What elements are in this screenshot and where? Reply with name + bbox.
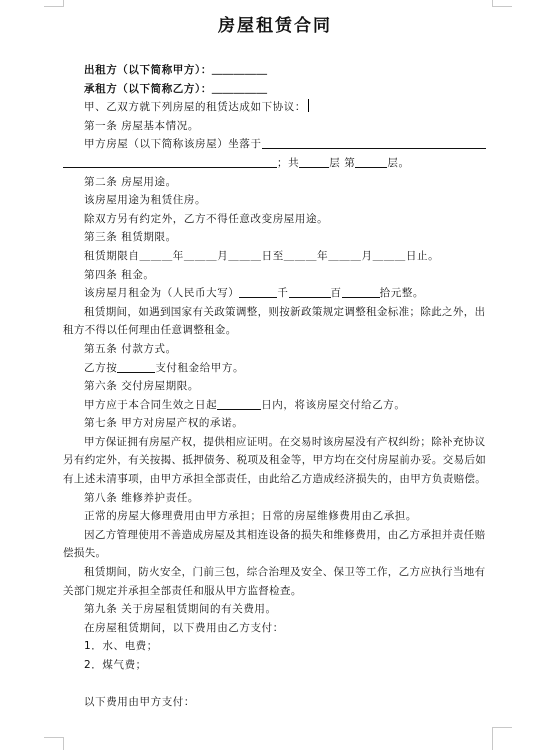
article2-heading: 第二条 房屋用途。 — [63, 173, 493, 192]
crop-mark-top-left — [44, 0, 64, 7]
rent-thousand-label: 千 — [277, 287, 288, 299]
location-blank-continued[interactable] — [63, 155, 277, 168]
article8-heading: 第八条 维修养护责任。 — [63, 489, 493, 508]
empty-line — [63, 675, 493, 694]
floors-end: 层。 — [387, 157, 409, 169]
delivery-prefix: 甲方应于本合同生效之日起 — [84, 399, 217, 411]
article5-heading: 第五条 付款方式。 — [63, 340, 493, 359]
delivery-days-blank[interactable] — [217, 397, 261, 410]
payment-line: 乙方按支付租金给甲方。 — [63, 359, 493, 378]
article2-line2: 除双方另有约定外，乙方不得任意改变房屋用途。 — [63, 210, 493, 229]
payment-suffix: 支付租金给甲方。 — [155, 362, 244, 374]
crop-mark-bottom-left — [44, 737, 64, 750]
floor-number-blank[interactable] — [355, 155, 387, 168]
article4-heading: 第四条 租金。 — [63, 266, 493, 285]
rent-thousand-blank[interactable] — [239, 285, 277, 298]
location-prefix: 甲方房屋（以下简称该房屋）坐落于 — [84, 138, 262, 150]
location-line: 甲方房屋（以下简称该房屋）坐落于 — [63, 135, 493, 154]
lessor-line: 出租方（以下简称甲方）：＿＿＿＿＿ — [63, 61, 493, 80]
lessor-pays-line: 以下费用由甲方支付： — [63, 693, 493, 712]
rent-adjust-paragraph: 租赁期间，如遇到国家有关政策调整，则按新政策规定调整租金标准；除此之外，出租方不… — [63, 303, 493, 340]
article2-line1: 该房屋用途为租赁住房。 — [63, 191, 493, 210]
rent-ten-blank[interactable] — [342, 285, 380, 298]
article9-heading: 第九条 关于房屋租赁期间的有关费用。 — [63, 600, 493, 619]
lessee-line: 承租方（以下简称乙方）：＿＿＿＿＿ — [63, 80, 493, 99]
lessee-value[interactable]: ＿＿＿＿＿ — [212, 83, 268, 95]
fee-item-2: 2．煤气费； — [63, 656, 493, 675]
text-cursor — [308, 99, 309, 112]
delivery-suffix: 日内，将该房屋交付给乙方。 — [261, 399, 405, 411]
article8-p1: 正常的房屋大修理费用由甲方承担；日常的房屋维修费用由乙承担。 — [63, 507, 493, 526]
location-blank[interactable] — [262, 136, 486, 149]
article1-heading: 第一条 房屋基本情况。 — [63, 117, 493, 136]
document-title: 房屋租赁合同 — [0, 11, 550, 36]
article8-p3: 租赁期间，防火安全，门前三包，综合治理及安全、保卫等工作，乙方应执行当地有关部门… — [63, 563, 493, 600]
floors-mid: 层 第 — [329, 157, 355, 169]
floors-line: ；共层 第层。 — [63, 154, 493, 173]
rent-hundred-blank[interactable] — [289, 285, 331, 298]
lessee-pays-line: 在房屋租赁期间，以下费用由乙方支付： — [63, 619, 493, 638]
article7-body: 甲方保证拥有房屋产权，提供相应证明。在交易时该房屋没有产权纠纷；除补充协议另有约… — [63, 433, 493, 489]
payment-prefix: 乙方按 — [84, 362, 117, 374]
lessor-label: 出租方（以下简称甲方）： — [84, 64, 212, 76]
fee-item-1: 1．水、电费； — [63, 637, 493, 656]
intro-line: 甲、乙双方就下列房屋的租赁达成如下协议： — [63, 98, 493, 117]
article6-heading: 第六条 交付房屋期限。 — [63, 377, 493, 396]
lessor-value[interactable]: ＿＿＿＿＿ — [212, 64, 268, 76]
rent-suffix: 拾元整。 — [380, 287, 424, 299]
intro-text: 甲、乙双方就下列房屋的租赁达成如下协议： — [84, 101, 306, 113]
rent-hundred-label: 百 — [331, 287, 342, 299]
lessee-label: 承租方（以下简称乙方）： — [84, 83, 212, 95]
total-floors-blank[interactable] — [299, 155, 329, 168]
article7-heading: 第七条 甲方对房屋产权的承诺。 — [63, 414, 493, 433]
crop-mark-top-right — [492, 0, 512, 7]
payment-method-blank[interactable] — [117, 360, 155, 373]
delivery-line: 甲方应于本合同生效之日起日内，将该房屋交付给乙方。 — [63, 396, 493, 415]
rent-line: 该房屋月租金为（人民币大写）千百拾元整。 — [63, 284, 493, 303]
crop-mark-bottom-right — [492, 727, 512, 750]
article3-heading: 第三条 租赁期限。 — [63, 228, 493, 247]
floors-sep: ；共 — [277, 157, 299, 169]
document-body[interactable]: 出租方（以下简称甲方）：＿＿＿＿＿ 承租方（以下简称乙方）：＿＿＿＿＿ 甲、乙双… — [63, 61, 493, 712]
lease-term: 租赁期限自＿＿＿年＿＿＿月＿＿＿日至＿＿＿年＿＿＿月＿＿＿日止。 — [63, 247, 493, 266]
rent-prefix: 该房屋月租金为（人民币大写） — [84, 287, 239, 299]
article8-p2: 因乙方管理使用不善造成房屋及其相连设备的损失和维修费用，由乙方承担并责任赔偿损失… — [63, 526, 493, 563]
